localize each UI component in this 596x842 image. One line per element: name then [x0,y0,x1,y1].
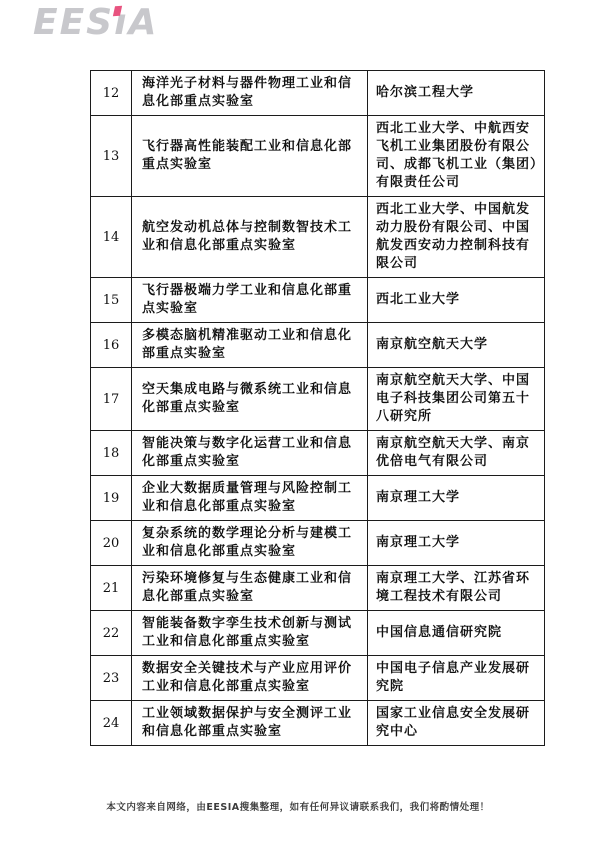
table-row: 22 智能装备数字孪生技术创新与测试工业和信息化部重点实验室 中国信息通信研究院 [91,611,545,656]
institutions: 西北工业大学、中国航发动力股份有限公司、中国航发西安动力控制科技有限公司 [368,197,545,278]
table-row: 15 飞行器极端力学工业和信息化部重点实验室 西北工业大学 [91,278,545,323]
table-row: 18 智能决策与数字化运营工业和信息化部重点实验室 南京航空航天大学、南京优倍电… [91,431,545,476]
row-number: 17 [91,368,132,431]
eesia-logo: EESıA [33,2,173,52]
table-row: 21 污染环境修复与生态健康工业和信息化部重点实验室 南京理工大学、江苏省环境工… [91,566,545,611]
institutions: 南京航空航天大学、南京优倍电气有限公司 [368,431,545,476]
lab-name: 航空发动机总体与控制数智技术工业和信息化部重点实验室 [132,197,368,278]
row-number: 21 [91,566,132,611]
table-row: 14 航空发动机总体与控制数智技术工业和信息化部重点实验室 西北工业大学、中国航… [91,197,545,278]
lab-name: 空天集成电路与微系统工业和信息化部重点实验室 [132,368,368,431]
institutions: 西北工业大学、中航西安飞机工业集团股份有限公司、成都飞机工业（集团）有限责任公司 [368,116,545,197]
institutions: 国家工业信息安全发展研究中心 [368,701,545,746]
row-number: 15 [91,278,132,323]
lab-name: 飞行器极端力学工业和信息化部重点实验室 [132,278,368,323]
table-row: 13 飞行器高性能装配工业和信息化部重点实验室 西北工业大学、中航西安飞机工业集… [91,116,545,197]
table-row: 24 工业领域数据保护与安全测评工业和信息化部重点实验室 国家工业信息安全发展研… [91,701,545,746]
table-row: 19 企业大数据质量管理与风险控制工业和信息化部重点实验室 南京理工大学 [91,476,545,521]
lab-name: 海洋光子材料与器件物理工业和信息化部重点实验室 [132,71,368,116]
row-number: 22 [91,611,132,656]
institutions: 哈尔滨工程大学 [368,71,545,116]
table-row: 23 数据安全关键技术与产业应用评价工业和信息化部重点实验室 中国电子信息产业发… [91,656,545,701]
logo-text-part3: A [128,2,158,43]
row-number: 23 [91,656,132,701]
institutions: 中国电子信息产业发展研究院 [368,656,545,701]
table-row: 17 空天集成电路与微系统工业和信息化部重点实验室 南京航空航天大学、中国电子科… [91,368,545,431]
lab-name: 数据安全关键技术与产业应用评价工业和信息化部重点实验室 [132,656,368,701]
lab-name: 智能决策与数字化运营工业和信息化部重点实验室 [132,431,368,476]
institutions: 南京航空航天大学 [368,323,545,368]
laboratory-table: 12 海洋光子材料与器件物理工业和信息化部重点实验室 哈尔滨工程大学 13 飞行… [90,70,545,746]
row-number: 14 [91,197,132,278]
row-number: 12 [91,71,132,116]
lab-name: 企业大数据质量管理与风险控制工业和信息化部重点实验室 [132,476,368,521]
lab-name: 飞行器高性能装配工业和信息化部重点实验室 [132,116,368,197]
row-number: 20 [91,521,132,566]
institutions: 南京航空航天大学、中国电子科技集团公司第五十八研究所 [368,368,545,431]
footer-note: 本文内容来自网络，由EESIA搜集整理，如有任何异议请联系我们，我们将酌情处理！ [0,799,596,813]
lab-name: 智能装备数字孪生技术创新与测试工业和信息化部重点实验室 [132,611,368,656]
row-number: 24 [91,701,132,746]
lab-name: 工业领域数据保护与安全测评工业和信息化部重点实验室 [132,701,368,746]
row-number: 16 [91,323,132,368]
institutions: 南京理工大学、江苏省环境工程技术有限公司 [368,566,545,611]
logo-text: EESıA [33,2,158,43]
lab-name: 复杂系统的数学理论分析与建模工业和信息化部重点实验室 [132,521,368,566]
institutions: 西北工业大学 [368,278,545,323]
row-number: 19 [91,476,132,521]
document-page: EESıA 12 海洋光子材料与器件物理工业和信息化部重点实验室 哈尔滨工程大学… [0,0,596,842]
lab-name: 多模态脑机精准驱动工业和信息化部重点实验室 [132,323,368,368]
logo-text-part1: EES [33,2,114,43]
row-number: 18 [91,431,132,476]
table-row: 16 多模态脑机精准驱动工业和信息化部重点实验室 南京航空航天大学 [91,323,545,368]
lab-table-body: 12 海洋光子材料与器件物理工业和信息化部重点实验室 哈尔滨工程大学 13 飞行… [91,71,545,746]
table-row: 12 海洋光子材料与器件物理工业和信息化部重点实验室 哈尔滨工程大学 [91,71,545,116]
row-number: 13 [91,116,132,197]
lab-name: 污染环境修复与生态健康工业和信息化部重点实验室 [132,566,368,611]
institutions: 中国信息通信研究院 [368,611,545,656]
table-row: 20 复杂系统的数学理论分析与建模工业和信息化部重点实验室 南京理工大学 [91,521,545,566]
institutions: 南京理工大学 [368,521,545,566]
institutions: 南京理工大学 [368,476,545,521]
